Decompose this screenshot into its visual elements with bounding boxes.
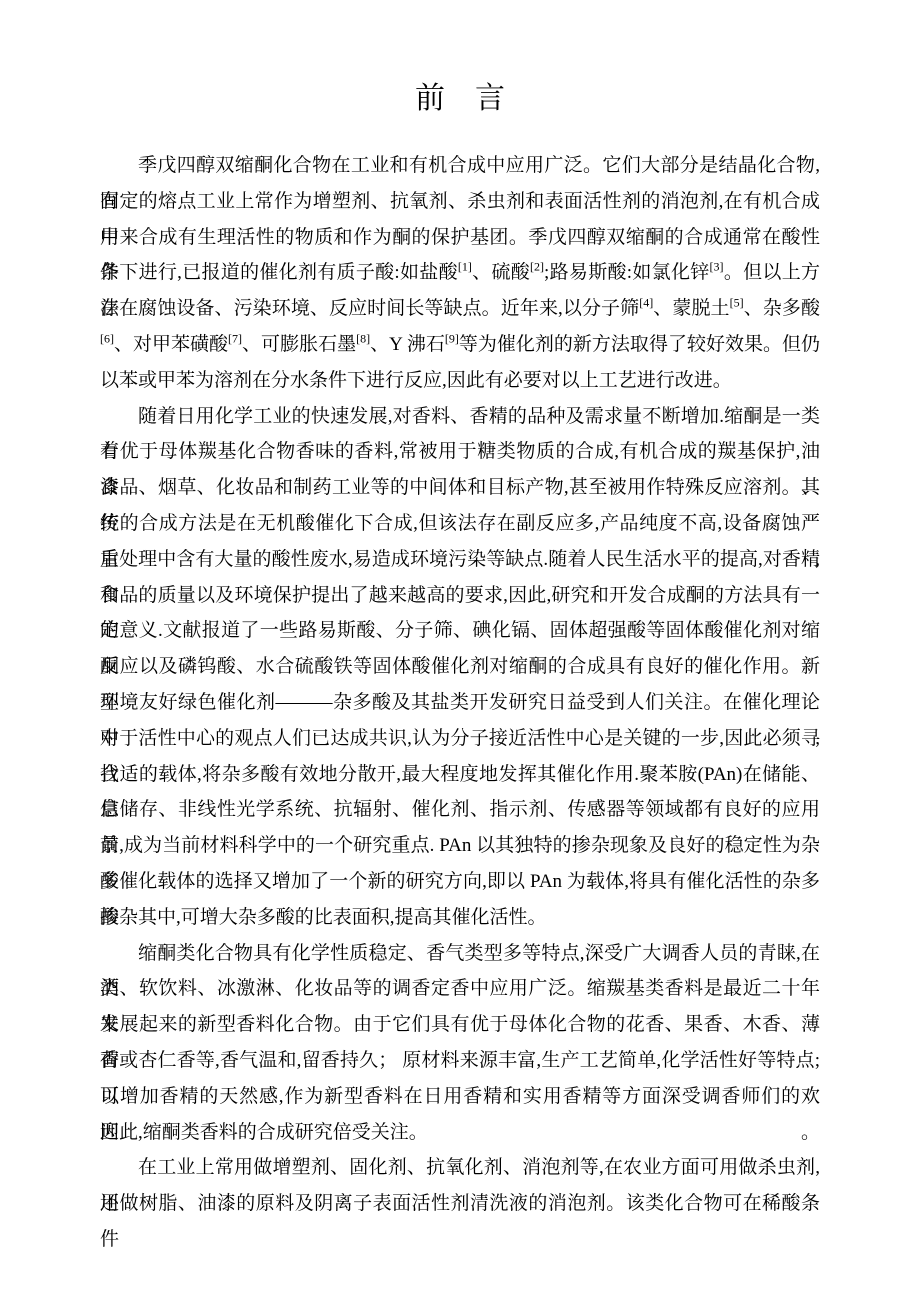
citation-ref: [2] — [530, 260, 544, 274]
text-line: 用做树脂、油漆的原料及阴离子表面活性剂清洗液的消泡剂。该类化合物可在稀酸条件 — [100, 1186, 820, 1222]
text-line: 香或杏仁香等,香气温和,留香持久； 原材料来源丰富,生产工艺简单,化学活性好等特… — [100, 1043, 820, 1079]
text-line: 用来合成有生理活性的物质和作为酮的保护基团。季戊四醇双缩酮的合成通常在酸性条 — [100, 220, 820, 256]
citation-ref: [6] — [100, 332, 114, 346]
text-line: 景,成为当前材料科学中的一个研究重点. PAn 以其独特的掺杂现象及良好的稳定性… — [100, 828, 820, 864]
text-line: 随着日用化学工业的快速发展,对香料、香精的品种及需求量不断增加.缩酮是一类有 — [100, 399, 820, 435]
text-line: 件下进行,已报道的催化剂有质子酸:如盐酸[1]、硫酸[2];路易斯酸:如氯化锌[… — [100, 255, 820, 291]
text-line: 季戊四醇双缩酮化合物在工业和有机合成中应用广泛。它们大部分是结晶化合物,有 — [100, 148, 820, 184]
text-line: 在工业上常用做增塑剂、固化剂、抗氧化剂、消泡剂等,在农业方面可用做杀虫剂,还 — [100, 1150, 820, 1186]
text-line: 着优于母体羰基化合物香味的香料,常被用于糖类物质的合成,有机合成的羰基保护,油漆… — [100, 434, 820, 470]
text-line: 后处理中含有大量的酸性废水,易造成环境污染等缺点.随着人民生活水平的提高,对香精… — [100, 542, 820, 578]
text-line: 酸催化载体的选择又增加了一个新的研究方向,即以 PAn 为载体,将具有催化活性的… — [100, 864, 820, 900]
citation-ref: [5] — [730, 296, 744, 310]
text-line: 对于活性中心的观点人们已达成共识,认为分子接近活性中心是关键的一步,因此必须寻找 — [100, 721, 820, 757]
citation-ref: [7] — [228, 332, 242, 346]
text-line: 掺杂其中,可增大杂多酸的比表面积,提高其催化活性。 — [100, 900, 820, 936]
text-line: 合适的载体,将杂多酸有效地分散开,最大程度地发挥其催化作用.聚苯胺(PAn)在储… — [100, 757, 820, 793]
citation-ref: [9] — [445, 332, 459, 346]
text-line: 统的合成方法是在无机酸催化下合成,但该法存在副反应多,产品纯度不高,设备腐蚀严重… — [100, 506, 820, 542]
citation-ref: [8] — [356, 332, 370, 346]
text-line: 以增加香精的天然感,作为新型香料在日用香精和实用香精等方面深受调香师们的欢迎。 — [100, 1079, 820, 1115]
citation-ref: [1] — [458, 260, 472, 274]
text-line: 环境友好绿色催化剂———杂多酸及其盐类开发研究日益受到人们关注。在催化理论中, — [100, 685, 820, 721]
text-line: 类、软饮料、冰激淋、化妆品等的调香定香中应用广泛。缩羰基类香料是最近二十年来 — [100, 971, 820, 1007]
citation-ref: [4] — [639, 296, 653, 310]
text-line: 以苯或甲苯为溶剂在分水条件下进行反应,因此有必要对以上工艺进行改进。 — [100, 363, 820, 399]
text-line: 固定的熔点工业上常作为增塑剂、抗氧剂、杀虫剂和表面活性剂的消泡剂,在有机合成中 — [100, 184, 820, 220]
page-title: 前 言 — [0, 0, 920, 116]
document-page: 前 言 季戊四醇双缩酮化合物在工业和有机合成中应用广泛。它们大部分是结晶化合物,… — [0, 0, 920, 1302]
text-line: 息储存、非线性光学系统、抗辐射、催化剂、指示剂、传感器等领域都有良好的应用前 — [100, 792, 820, 828]
text-line: [6]、对甲苯磺酸[7]、可膨胀石墨[8]、Y 沸石[9]等为催化剂的新方法取得… — [100, 327, 820, 363]
document-body: 季戊四醇双缩酮化合物在工业和有机合成中应用广泛。它们大部分是结晶化合物,有固定的… — [100, 148, 820, 1222]
text-line: 食品、烟草、化妆品和制药工业等的中间体和目标产物,甚至被用作特殊反应溶剂。其传 — [100, 470, 820, 506]
text-line: 缩酮类化合物具有化学性质稳定、香气类型多等特点,深受广大调香人员的青睐,在酒 — [100, 936, 820, 972]
text-line: 食品的质量以及环境保护提出了越来越高的要求,因此,研究和开发合成酮的方法具有一定 — [100, 578, 820, 614]
text-line: 反应以及磷钨酸、水合硫酸铁等固体酸催化剂对缩酮的合成具有良好的催化作用。新型 — [100, 649, 820, 685]
text-line: 存在腐蚀设备、污染环境、反应时间长等缺点。近年来,以分子筛[4]、蒙脱土[5]、… — [100, 291, 820, 327]
text-line: 发展起来的新型香料化合物。由于它们具有优于母体化合物的花香、果香、木香、薄荷 — [100, 1007, 820, 1043]
text-line: 的意义.文献报道了一些路易斯酸、分子筛、碘化镉、固体超强酸等固体酸催化剂对缩酮 — [100, 613, 820, 649]
citation-ref: [3] — [710, 260, 724, 274]
